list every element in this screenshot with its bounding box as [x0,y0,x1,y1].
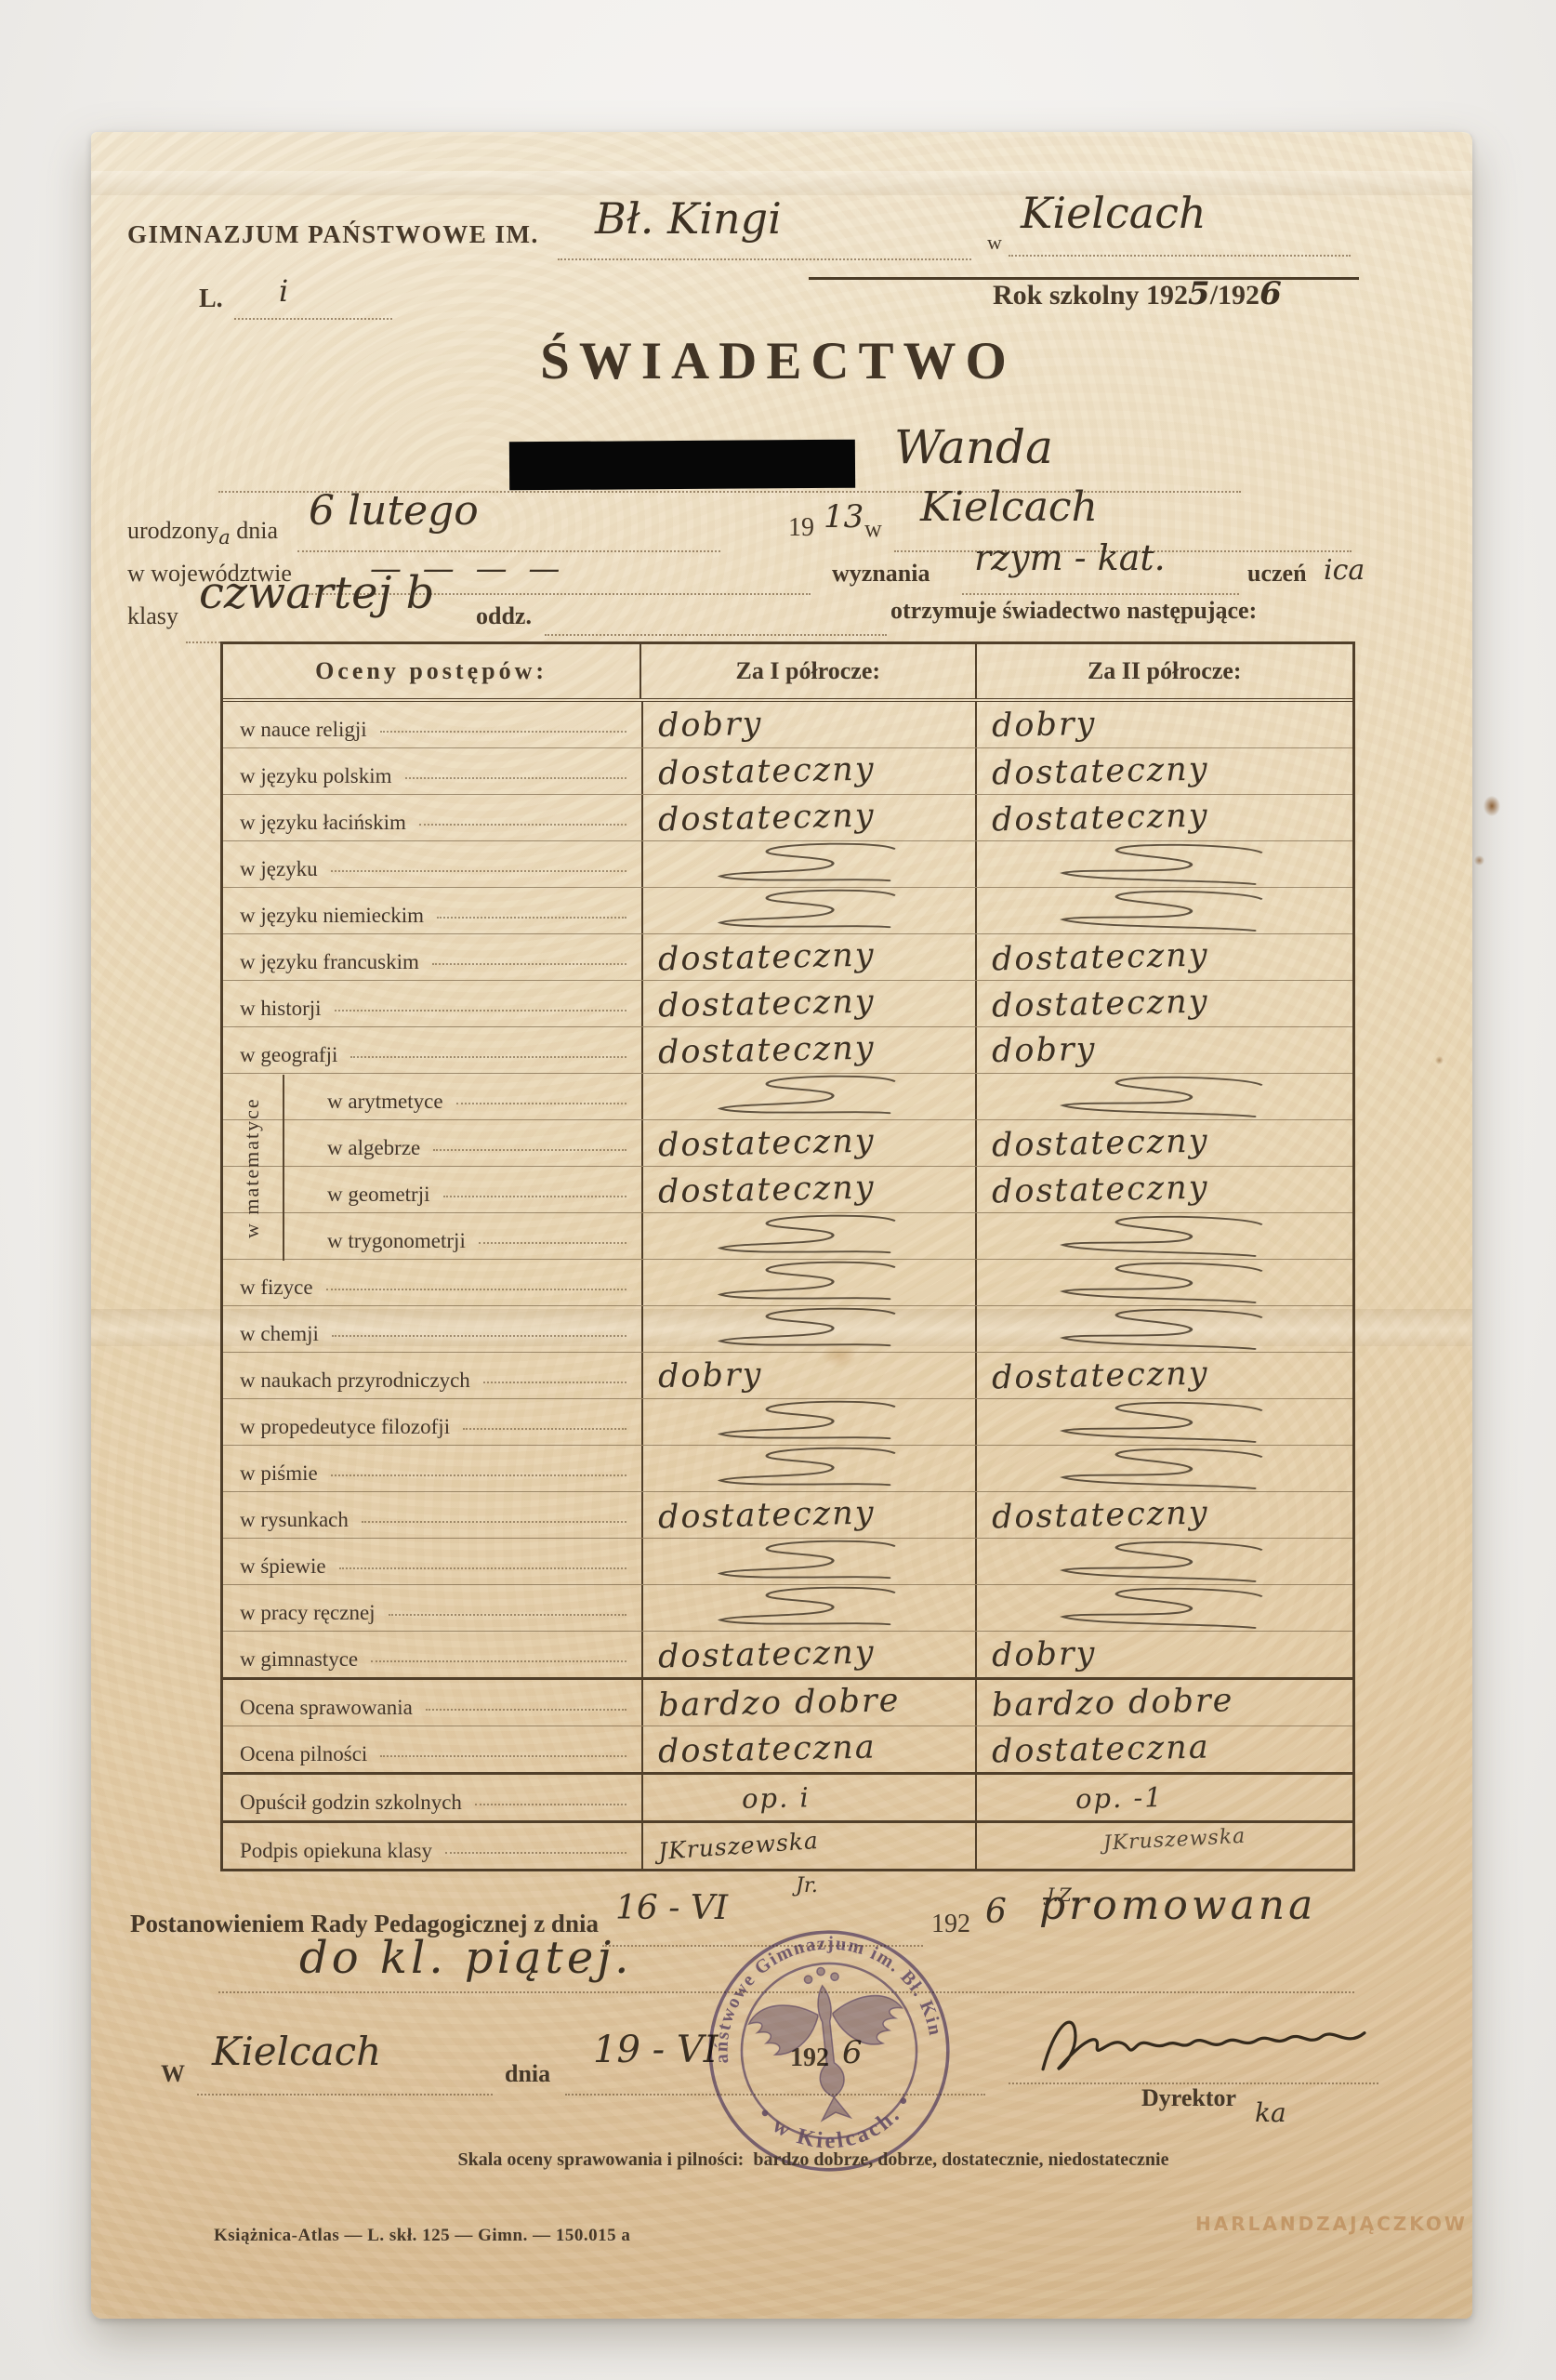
grade-value: dostateczny [992,983,1209,1025]
grade-value: dostateczny [657,1029,875,1071]
grading-scale-values: bardzo dobrze, dobrze, dostatecznie, nie… [753,2149,1168,2170]
grade-cell-sem1 [641,1446,976,1491]
grade-value: dostateczny [992,750,1209,792]
grade-cell-sem1 [641,1213,976,1259]
grade-cell-sem2: dobry [975,1027,1352,1073]
subject-label: w trygonometrji [327,1229,466,1253]
subject-label: w historji [240,997,322,1021]
grade-cell-sem1 [641,888,976,933]
subject-label: w języku [240,857,318,881]
grade-cell-sem1: dobry [641,1353,976,1398]
table-row: Ocena sprawowaniabardzo dobrebardzo dobr… [223,1677,1352,1725]
table-row: w naukach przyrodniczychdobrydostateczny [223,1352,1352,1398]
subject-label-cell: w piśmie [223,1446,641,1491]
subject-label-cell: Ocena pilności [223,1726,641,1772]
grade-value: dostateczny [657,1169,875,1210]
table-row: w śpiewie [223,1538,1352,1584]
leader-dots [405,777,626,779]
grade-cell-sem1: bardzo dobre [641,1680,976,1725]
leader-dots [331,1474,626,1476]
subject-label: w pracy ręcznej [240,1601,376,1625]
dotted-line [558,258,971,260]
leader-dots [389,1614,626,1616]
leader-dots [326,1289,626,1290]
crossed-out-flourish [1023,883,1285,939]
school-year-prefix: Rok szkolny 192 [993,280,1188,311]
grade-value: dobry [657,1355,762,1395]
grade-value: dostateczny [657,1122,875,1164]
subject-label: w języku francuskim [240,950,419,974]
grade-cell-sem1 [641,1585,976,1631]
crossed-out-flourish [1023,1255,1285,1311]
subject-label: w fizyce [240,1276,313,1300]
grade-value: dobry [992,705,1097,744]
promotion-year-handwritten: 6 [985,1893,1007,1931]
crossed-out-flourish [686,1213,915,1260]
teacher-signature: JKruszewska [1102,1825,1246,1856]
subject-label: w geografji [240,1043,337,1067]
leader-dots [456,1103,626,1104]
subject-label-cell: w geografji [223,1027,641,1073]
grade-cell-sem1: JKruszewska [641,1823,976,1869]
table-row: w języku [223,840,1352,887]
school-year-mid: /192 [1210,280,1259,311]
grade-value: dostateczny [992,797,1209,839]
grade-cell-sem1 [641,1074,976,1119]
grade-cell-sem1: op. i [641,1775,976,1820]
grade-cell-sem2 [975,1585,1352,1631]
grade-cell-sem2 [975,1074,1352,1119]
crossed-out-flourish [686,888,915,934]
grade-value: dostateczny [992,936,1209,978]
grade-cell-sem2 [975,1446,1352,1491]
subject-label: w propedeutyce filozofji [240,1415,450,1439]
number-label: L. [199,284,223,314]
subject-label-cell: w języku francuskim [223,934,641,980]
crossed-out-flourish [1023,1441,1285,1497]
leader-dots [443,1196,626,1197]
grade-cell-sem2: dostateczny [975,934,1352,980]
table-row: w geometrjidostatecznydostateczny [223,1166,1352,1212]
grade-cell-sem1: dostateczny [641,1027,976,1073]
subject-label-cell: w języku łacińskim [223,795,641,840]
grade-value: dostateczny [657,1633,875,1675]
grade-cell-sem2 [975,1260,1352,1305]
grade-cell-sem1 [641,1260,976,1305]
promotion-result: promowana [1039,1882,1316,1929]
issue-place: Kielcach [212,2029,381,2074]
photographer-watermark: HARLANDZAJĄCZKOW [1195,2213,1468,2235]
grade-value: dobry [992,1634,1097,1673]
class-label: klasy [127,602,178,630]
leader-dots [339,1567,626,1569]
subject-label: w algebrze [327,1136,420,1160]
grade-cell-sem1: dostateczny [641,1632,976,1677]
leader-dots [335,1010,626,1011]
subject-label-cell: w nauce religji [223,702,641,747]
grade-value: bardzo dobre [657,1682,900,1724]
subject-label-cell: w języku polskim [223,748,641,794]
subject-label: w chemji [240,1322,319,1346]
pupil-suffix: ica [1324,554,1365,587]
subject-label: Podpis opiekuna klasy [240,1839,432,1863]
table-row: w algebrzedostatecznydostateczny [223,1119,1352,1166]
crossed-out-flourish [686,1446,915,1492]
grade-cell-sem2: JKruszewska [975,1823,1352,1869]
grade-cell-sem2 [975,1539,1352,1584]
subject-label-cell: w historji [223,981,641,1026]
grades-table-header: Oceny postępów: Za I półrocze: Za II pół… [223,644,1352,702]
grade-cell-sem2: dostateczny [975,748,1352,794]
crossed-out-flourish [686,1399,915,1446]
subject-label: Ocena pilności [240,1742,367,1766]
crossed-out-flourish [686,841,915,888]
subject-label: w naukach przyrodniczych [240,1368,470,1393]
school-year-label: Rok szkolny 1925/1926 [993,275,1282,312]
grade-cell-sem2: op. -1 [975,1775,1352,1820]
subject-label: w języku łacińskim [240,811,406,835]
ink-stain [1483,796,1500,816]
promotion-date: 16 - VI [615,1889,728,1927]
grade-cell-sem1: dostateczny [641,748,976,794]
grades-table-body: w nauce religjidobrydobryw języku polski… [223,702,1352,1869]
grade-cell-sem1: dobry [641,702,976,747]
redacted-name-box [509,440,855,491]
grade-cell-sem1 [641,1306,976,1352]
leader-dots [479,1242,626,1244]
leader-dots [426,1709,626,1711]
born-label-suffix: a [218,526,231,549]
leader-dots [483,1382,626,1383]
born-in-label: w [864,515,882,543]
leader-dots [433,1149,626,1151]
table-row: w geografjidostatecznydobry [223,1026,1352,1073]
grade-cell-sem2: dostateczny [975,981,1352,1026]
subject-label: w śpiewie [240,1554,326,1579]
subject-label-cell: w gimnastyce [223,1632,641,1677]
grade-value: dostateczna [992,1728,1210,1770]
subject-label-cell: w algebrze [223,1120,641,1166]
math-group-label: w matematyce [225,1075,279,1261]
crossed-out-flourish [1023,1069,1285,1125]
grade-cell-sem2: dostateczny [975,795,1352,840]
director-signature [1030,2006,1376,2082]
subject-label-cell: Opuścił godzin szkolnych [223,1775,641,1820]
grading-scale-note: Skala oceny sprawowania i pilności: bard… [279,2149,1348,2171]
subject-label-cell: w języku niemieckim [223,888,641,933]
table-row: w gimnastycedostatecznydobry [223,1631,1352,1677]
leader-dots [331,870,626,872]
leader-dots [380,1755,626,1757]
school-year-digit2: 6 [1259,275,1282,312]
subject-label-cell: w naukach przyrodniczych [223,1353,641,1398]
dotted-line [545,634,887,636]
teacher-signature: JKruszewska [657,1827,819,1865]
table-row: w języku francuskimdostatecznydostateczn… [223,933,1352,980]
subject-label-cell: w pracy ręcznej [223,1585,641,1631]
grade-value: dobry [992,1030,1097,1069]
table-row: w pracy ręcznej [223,1584,1352,1631]
subject-label-cell: w rysunkach [223,1492,641,1538]
dotted-line [197,2094,493,2096]
photo-of-certificate: GIMNAZJUM PAŃSTWOWE IM. Bł. Kingi w Kiel… [0,0,1556,2380]
dotted-line [234,318,392,320]
grade-value: dostateczna [657,1728,876,1770]
subject-label: Opuścił godzin szkolnych [240,1791,462,1815]
printer-imprint: Książnica-Atlas — L. skł. 125 — Gimn. — … [214,2226,630,2246]
grade-value: dostateczny [657,936,875,978]
grade-cell-sem1 [641,1399,976,1445]
leader-dots [419,824,626,826]
subject-label: w języku polskim [240,764,392,788]
grade-cell-sem2: bardzo dobre [975,1680,1352,1725]
certificate-title: ŚWIADECTWO [0,331,1556,391]
grade-value: dostateczny [657,750,875,792]
dotted-line [1009,255,1351,257]
grade-cell-sem1 [641,841,976,887]
grade-value: dostateczny [992,1494,1209,1536]
subject-label: Ocena sprawowania [240,1696,413,1720]
subject-label-cell: w arytmetyce [223,1074,641,1119]
school-name-handwritten: Bł. Kingi [595,193,782,244]
class-unit-label: oddz. [476,602,532,630]
subject-label: w arytmetyce [327,1090,443,1114]
director-title: Dyrektor [1141,2084,1236,2112]
director-title-suffix: ka [1255,2097,1286,2128]
religion-value: rzym - kat. [974,537,1166,578]
grade-value: bardzo dobre [992,1682,1234,1724]
leader-dots [432,963,626,965]
crossed-out-flourish [1023,837,1285,892]
born-label: urodzonya dnia [127,517,278,549]
grade-cell-sem1: dostateczny [641,1120,976,1166]
student-first-name: Wanda [894,420,1053,474]
school-label: GIMNAZJUM PAŃSTWOWE IM. [127,220,539,249]
grade-cell-sem1: dostateczny [641,1492,976,1538]
grade-cell-sem2 [975,841,1352,887]
table-row: w języku polskimdostatecznydostateczny [223,747,1352,794]
table-row: Opuścił godzin szkolnychop. iop. -1 [223,1772,1352,1820]
subject-label-cell: w śpiewie [223,1539,641,1584]
crossed-out-flourish [686,1585,915,1632]
school-year-digit1: 5 [1188,275,1210,312]
born-year-handwritten: 13 [824,498,864,535]
column-header-subjects: Oceny postępów: [223,657,640,685]
grade-cell-sem2: dostateczna [975,1726,1352,1772]
grade-cell-sem2 [975,888,1352,933]
math-group-rule [283,1075,284,1261]
crossed-out-flourish [1023,1395,1285,1450]
school-city-handwritten: Kielcach [1021,188,1207,238]
column-header-sem1: Za I półrocze: [640,644,974,698]
born-day-label: dnia [236,517,278,544]
crossed-out-flourish [686,1260,915,1306]
grade-cell-sem2: dostateczny [975,1353,1352,1398]
grade-cell-sem2 [975,1399,1352,1445]
grade-cell-sem1: dostateczny [641,934,976,980]
born-date: 6 lutego [309,487,479,535]
born-year-printed: 19 [788,513,814,543]
table-row: w arytmetyce [223,1073,1352,1119]
leader-dots [332,1335,626,1337]
grade-value: dostateczny [992,1122,1209,1164]
class-value: czwartej b [199,567,434,619]
subject-label: w piśmie [240,1461,318,1486]
grading-scale-label: Skala oceny sprawowania i pilności: [458,2149,745,2170]
leader-dots [362,1521,626,1523]
grade-cell-sem2 [975,1306,1352,1352]
subject-label: w rysunkach [240,1508,349,1532]
grade-cell-sem2: dostateczny [975,1167,1352,1212]
table-row: w chemji [223,1305,1352,1352]
pupil-label: uczeń [1247,560,1307,588]
grade-cell-sem2: dostateczny [975,1120,1352,1166]
crossed-out-flourish [686,1074,915,1120]
subject-label-cell: w propedeutyce filozofji [223,1399,641,1445]
leader-dots [463,1428,626,1430]
table-row: Podpis opiekuna klasyJKruszewskaJKruszew… [223,1820,1352,1869]
table-row: w fizyce [223,1259,1352,1305]
leader-dots [437,917,626,919]
grade-value: dostateczny [657,797,875,839]
in-label: w [987,231,1002,255]
number-value: i [279,273,288,309]
born-city: Kielcach [920,483,1098,531]
grade-cell-sem1: dostateczny [641,795,976,840]
leader-dots [371,1660,626,1662]
table-row: w rysunkachdostatecznydostateczny [223,1491,1352,1538]
grade-cell-sem1: dostateczny [641,1167,976,1212]
crossed-out-flourish [1023,1209,1285,1264]
table-row: w trygonometrji [223,1212,1352,1259]
grades-table: Oceny postępów: Za I półrocze: Za II pół… [220,641,1355,1871]
crossed-out-flourish [686,1306,915,1353]
grade-cell-sem1: dostateczna [641,1726,976,1772]
table-row: w nauce religjidobrydobry [223,702,1352,747]
grade-value: dostateczny [992,1355,1209,1396]
table-row: w języku łacińskimdostatecznydostateczny [223,794,1352,840]
subject-label-cell: w chemji [223,1306,641,1352]
grade-cell-sem1: dostateczny [641,981,976,1026]
grade-value: dostateczny [992,1169,1209,1210]
grade-value: dobry [657,705,762,744]
grade-cell-sem2: dobry [975,1632,1352,1677]
grade-cell-sem2: dostateczny [975,1492,1352,1538]
leader-dots [380,731,626,733]
leader-dots [445,1852,626,1854]
table-row: w historjidostatecznydostateczny [223,980,1352,1026]
grade-value: op. -1 [1075,1781,1164,1815]
subject-label: w nauce religji [240,718,367,742]
crossed-out-flourish [1023,1580,1285,1636]
grade-cell-sem2 [975,1213,1352,1259]
religion-label: wyznania [832,560,930,588]
subject-label: w geometrji [327,1183,430,1207]
leader-dots [475,1804,626,1805]
initials-mark-left: Jr. [796,1874,818,1897]
crossed-out-flourish [1023,1534,1285,1590]
ink-stain [1474,855,1484,866]
grade-cell-sem1 [641,1539,976,1584]
grade-value: dostateczny [657,1494,875,1536]
subject-label: w gimnastyce [240,1647,358,1672]
leader-dots [350,1056,626,1058]
column-header-sem2: Za II półrocze: [975,644,1352,698]
born-label-printed: urodzony [127,517,218,544]
subject-label-cell: w geometrji [223,1167,641,1212]
subject-label-cell: w języku [223,841,641,887]
table-row: w języku niemieckim [223,887,1352,933]
grade-cell-sem2: dobry [975,702,1352,747]
subject-label-cell: Podpis opiekuna klasy [223,1823,641,1869]
table-row: w piśmie [223,1445,1352,1491]
grade-value: op. i [741,1781,810,1815]
issue-day-label: dnia [505,2060,550,2088]
issue-place-label: W [161,2060,185,2088]
table-row: w propedeutyce filozofji [223,1398,1352,1445]
table-row: Ocena pilnościdostatecznadostateczna [223,1725,1352,1772]
receives-label: otrzymuje świadectwo następujące: [890,597,1257,625]
subject-label-cell: Ocena sprawowania [223,1680,641,1725]
subject-label-cell: w trygonometrji [223,1213,641,1259]
subject-label: w języku niemieckim [240,904,424,928]
crossed-out-flourish [1023,1302,1285,1357]
dotted-line [962,593,1239,595]
promotion-target-class: do kl. piątej. [299,1932,632,1984]
crossed-out-flourish [686,1539,915,1585]
grade-value: dostateczny [657,983,875,1025]
subject-label-cell: w fizyce [223,1260,641,1305]
